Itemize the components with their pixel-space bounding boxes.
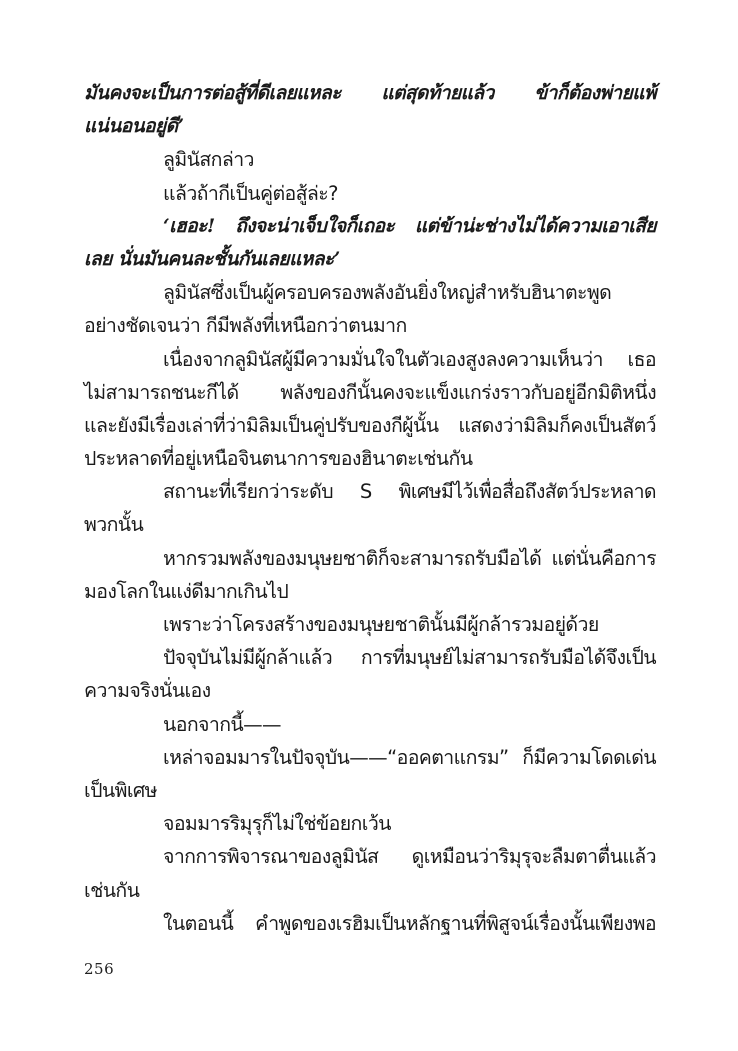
quoted-dialogue-line: ‘เฮอะ! ถึงจะน่าเจ็บใจก็เถอะ แต่ข้าน่ะช่า… [84, 210, 656, 243]
page-body: มันคงจะเป็นการต่อสู้ที่ดีเลยแหละ แต่สุดท… [84, 77, 656, 940]
text-line: ลูมินัสกล่าว [84, 143, 656, 176]
text-line: หากรวมพลังของมนุษยชาติก็จะสามารถรับมือได… [84, 542, 656, 575]
text-line: จากการพิจารณาของลูมินัส ดูเหมือนว่าริมุร… [84, 840, 656, 873]
text-line: ประหลาดที่อยู่เหนือจินตนาการของฮินาตะเช่… [84, 442, 656, 475]
text-line: มองโลกในแง่ดีมากเกินไป [84, 575, 656, 608]
text-line: เช่นกัน [84, 874, 656, 907]
text-line: จอมมารริมุรุก็ไม่ใช่ข้อยกเว้น [84, 807, 656, 840]
text-line: และยังมีเรื่องเล่าที่ว่ามิลิมเป็นคู่ปรับ… [84, 409, 656, 442]
quoted-dialogue-line: มันคงจะเป็นการต่อสู้ที่ดีเลยแหละ แต่สุดท… [84, 77, 656, 110]
text-line: สถานะที่เรียกว่าระดับ S พิเศษมีไว้เพื่อส… [84, 475, 656, 508]
text-line: ความจริงนั่นเอง [84, 674, 656, 707]
quoted-dialogue-line: เลย นั่นมันคนละชั้นกันเลยแหละ’ [84, 243, 656, 276]
text-line: ในตอนนี้ คำพูดของเรฮิมเป็นหลักฐานที่พิสู… [84, 907, 656, 940]
text-line: นอกจากนี้—— [84, 708, 656, 741]
quoted-dialogue-line: แน่นอนอยู่ดี’ [84, 110, 656, 143]
text-line: อย่างชัดเจนว่า กีมีพลังที่เหนือกว่าตนมาก [84, 309, 656, 342]
text-line: แล้วถ้ากีเป็นคู่ต่อสู้ล่ะ? [84, 177, 656, 210]
text-line: ปัจจุบันไม่มีผู้กล้าแล้ว การที่มนุษย์ไม่… [84, 641, 656, 674]
text-line: เป็นพิเศษ [84, 774, 656, 807]
text-line: ลูมินัสซึ่งเป็นผู้ครอบครองพลังอันยิ่งใหญ… [84, 276, 656, 309]
text-line: เหล่าจอมมารในปัจจุบัน——“ออคตาแกรม” ก็มีค… [84, 741, 656, 774]
text-line: ไม่สามารถชนะกีได้ พลังของกีนั้นคงจะแข็งแ… [84, 376, 656, 409]
text-line: พวกนั้น [84, 508, 656, 541]
text-line: เพราะว่าโครงสร้างของมนุษยชาตินั้นมีผู้กล… [84, 608, 656, 641]
text-line: เนื่องจากลูมินัสผู้มีความมั่นใจในตัวเองส… [84, 343, 656, 376]
page-number: 256 [84, 960, 114, 978]
